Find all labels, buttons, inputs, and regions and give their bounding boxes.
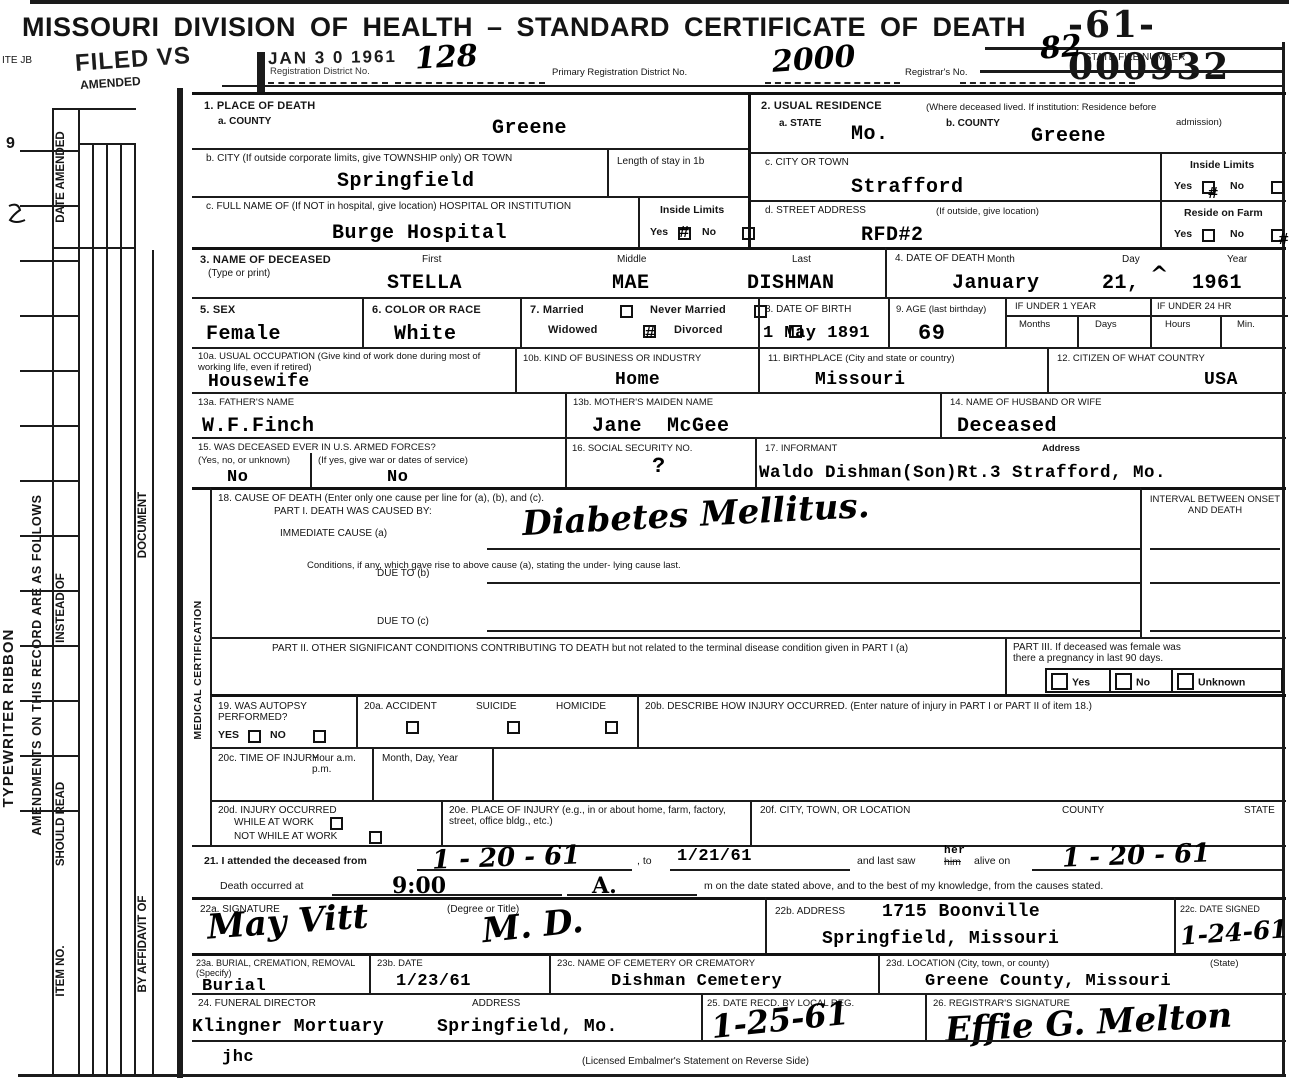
footer-row: jhc (Licensed Embalmer's Statement on Re… [192,1040,1286,1076]
divider [985,47,1285,50]
place-of-death-county-cell: 1. PLACE OF DEATH a. COUNTY Greene [192,92,748,148]
death-certificate-page: MISSOURI DIVISION OF HEALTH – STANDARD C… [0,0,1289,1080]
check-mark: # [679,224,689,243]
middle-name-label: Middle [617,254,646,265]
pregnancy-no-checkbox [1115,673,1132,690]
line [417,869,632,871]
pregnancy-unknown-checkbox [1177,673,1194,690]
race-cell: 6. COLOR OR RACE White [362,297,520,347]
injury-time-empty-cell [492,747,1286,800]
dashed-line [395,82,545,84]
place-county-label: a. COUNTY [218,116,271,127]
min-label: Min. [1237,319,1255,330]
informant-label: 17. INFORMANT [765,443,837,454]
margin-document-label: DOCUMENT [137,475,149,575]
death-day-value: 21, [1102,272,1140,295]
married-label: 7. Married [530,304,584,317]
place-inside-no-label: No [702,226,716,238]
page-title: MISSOURI DIVISION OF HEALTH – STANDARD C… [22,12,1026,43]
registration-district-value: 128 [414,38,478,76]
not-while-at-work-label: NOT WHILE AT WORK [234,831,337,842]
hours-label: Hours [1165,319,1190,330]
autopsy-no-label: NO [270,729,286,741]
not-while-at-work-checkbox [369,831,382,844]
residence-inside-limits-label: Inside Limits [1190,159,1254,171]
residence-county-value: Greene [1031,125,1106,148]
citizen-label: 12. CITIZEN OF WHAT COUNTRY [1057,353,1205,364]
informant-value: Waldo Dishman(Son)Rt.3 Strafford, Mo. [759,463,1166,483]
cause-of-death-label: 18. CAUSE OF DEATH (Enter only one cause… [218,493,544,504]
age-value: 69 [918,321,945,346]
name-title: 3. NAME OF DECEASED [200,254,331,267]
length-of-stay-cell: Length of stay in 1b [607,148,748,196]
place-of-death-title: 1. PLACE OF DEATH [204,100,315,113]
business-value: Home [615,370,660,390]
autopsy-cell: 19. WAS AUTOPSY PERFORMED? YES NO [210,694,356,747]
informant-address-label: Address [1042,443,1080,454]
divider [222,85,1285,87]
margin-amendments-label: AMENDMENTS ON THIS RECORD ARE AS FOLLOWS [30,325,44,1005]
residence-title: 2. USUAL RESIDENCE [761,100,882,113]
autopsy-no-checkbox [313,730,326,743]
days-label: Days [1095,319,1117,330]
race-label: 6. COLOR OR RACE [372,304,481,317]
date-signed-value: 1-24-61 [1179,914,1288,950]
farm-no-label: No [1230,228,1244,240]
burial-date-label: 23b. DATE [377,958,423,969]
residence-inside-limits-cell: Inside Limits Yes # No [1160,152,1286,200]
amended-stamp: AMENDED [80,74,142,92]
tick [20,370,78,372]
while-at-work-checkbox [330,817,343,830]
farm-no-checkbox: # [1271,229,1284,242]
tick [20,755,78,757]
interval-label: INTERVAL BETWEEN ONSET AND DEATH [1146,494,1284,516]
death-occurred-post-label: m on the date stated above, and to the b… [704,880,1103,892]
tick [20,810,78,812]
part2-cell: PART II. OTHER SIGNIFICANT CONDITIONS CO… [210,637,1005,694]
due-to-b-label: DUE TO (b) [377,568,429,579]
citizen-cell: 12. CITIZEN OF WHAT COUNTRY USA [1047,347,1286,392]
part1-label: PART I. DEATH WAS CAUSED BY: [274,506,432,517]
line [567,894,697,896]
physician-signature-cell: 22a. SIGNATURE (Degree or Title) May Vit… [192,897,765,953]
residence-street-label: d. STREET ADDRESS [765,205,866,216]
first-name-value: STELLA [387,272,462,295]
funeral-director-address-label: ADDRESS [472,998,520,1009]
last-saw-him-struck: him [944,856,961,868]
margin-typewriter-ribbon-label: TYPEWRITER RIBBON [0,568,17,868]
business-cell: 10b. KIND OF BUSINESS OR INDUSTRY Home [515,347,758,392]
residence-city-cell: c. CITY OR TOWN Strafford [748,152,1160,200]
father-name-label: 13a. FATHER'S NAME [198,397,294,408]
attended-cell: 21. I attended the deceased from 1 - 20 … [192,845,1286,897]
pregnancy-yes-checkbox [1051,673,1068,690]
sex-label: 5. SEX [200,304,235,317]
hospital-cell: c. FULL NAME OF (If NOT in hospital, giv… [192,196,638,247]
tick [20,315,78,317]
residence-county-label: b. COUNTY [946,118,1000,129]
widowed-checkbox: # [643,325,656,338]
place-city-cell: b. CITY (If outside corporate limits, gi… [192,148,607,196]
autopsy-yes-checkbox [248,730,261,743]
tick [20,205,78,207]
part2-label: PART II. OTHER SIGNIFICANT CONDITIONS CO… [272,643,908,654]
date-of-death-label: 4. DATE OF DEATH [895,253,985,264]
injury-city-label: 20f. CITY, TOWN, OR LOCATION [760,805,910,816]
occupation-label: 10a. USUAL OCCUPATION (Give kind of work… [198,351,515,373]
divider [92,143,94,1075]
autopsy-yes-label: YES [218,729,239,741]
death-month-value: January [952,272,1040,295]
cemetery-value: Dishman Cemetery [611,972,782,991]
armed-forces-note2: (If yes, give war or dates of service) [318,455,468,466]
divorced-label: Divorced [674,324,723,337]
occupation-cell: 10a. USUAL OCCUPATION (Give kind of work… [192,347,515,392]
age-under-one-year-cell: IF UNDER 1 YEAR IF UNDER 24 HR Months Da… [1005,297,1286,347]
divider [120,143,122,1075]
filed-stamp: FILED VS [74,42,192,78]
residence-inside-no-label: No [1230,180,1244,192]
margin-should-read-label: SHOULD READ [55,768,67,880]
tick [20,700,78,702]
spouse-cell: 14. NAME OF HUSBAND OR WIFE Deceased [940,392,1286,437]
pregnancy-yes-label: Yes [1072,677,1090,689]
divider [152,250,154,1075]
check-mark: # [645,325,655,344]
place-of-injury-label: 20e. PLACE OF INJURY (e.g., in or about … [449,805,750,827]
attended-to-value: 1/21/61 [677,847,752,866]
business-label: 10b. KIND OF BUSINESS OR INDUSTRY [523,353,701,364]
hour-ampm-label: Hour a.m. p.m. [312,753,372,775]
place-inside-yes-checkbox: # [678,227,691,240]
place-county-value: Greene [492,117,567,140]
citizen-value: USA [1204,370,1238,390]
residence-city-label: c. CITY OR TOWN [765,157,849,168]
date-of-death-cell: 4. DATE OF DEATH Month Day Year January … [885,247,1286,297]
reside-on-farm-cell: Reside on Farm Yes No # [1160,200,1286,247]
death-month-label: Month [987,254,1015,265]
birthplace-value: Missouri [815,370,905,390]
spouse-value: Deceased [957,415,1057,438]
pregnancy-yes-cell: Yes [1045,668,1111,693]
ssn-value: ? [652,454,666,479]
interval-line-c [1150,630,1280,632]
injury-at-work-cell: 20d. INJURY OCCURRED WHILE AT WORK NOT W… [210,800,441,845]
tick [20,425,78,427]
date-received-cell: 25. DATE RECD. BY LOCAL REG. 1-25-61 [701,993,925,1040]
margin-date-amended-label: DATE AMENDED [55,111,67,243]
armed-forces-cell: 15. WAS DECEASED EVER IN U.S. ARMED FORC… [192,437,565,487]
time-of-injury-label: 20c. TIME OF INJURY [218,753,319,764]
occupation-value: Housewife [208,372,310,392]
residence-title-note: (Where deceased lived. If institution: R… [926,102,1156,113]
physician-address-line1: 1715 Boonville [882,902,1040,922]
tick [20,535,78,537]
sex-value: Female [206,323,281,346]
death-day-label: Day [1122,254,1140,265]
birthplace-cell: 11. BIRTHPLACE (City and state or countr… [758,347,1047,392]
primary-registration-label: Primary Registration District No. [552,67,687,78]
accident-label: 20a. ACCIDENT [364,701,437,712]
divider [134,143,136,1075]
injury-state-label: STATE [1244,805,1275,816]
stray-mark [6,200,28,226]
place-of-injury-cell: 20e. PLACE OF INJURY (e.g., in or about … [441,800,750,845]
physician-address-cell: 22b. ADDRESS 1715 Boonville Springfield,… [765,897,1174,953]
last-name-value: DISHMAN [747,272,835,295]
dashed-line [765,82,900,84]
burial-location-state-note: (State) [1210,958,1239,969]
residence-street-note: (If outside, give location) [936,206,1039,217]
immediate-cause-label: IMMEDIATE CAUSE (a) [280,528,387,539]
burial-date-cell: 23b. DATE 1/23/61 [369,953,549,993]
divider [980,70,1285,73]
birthplace-label: 11. BIRTHPLACE (City and state or countr… [768,353,955,364]
sex-cell: 5. SEX Female [192,297,362,347]
margin-instead-of-label: INSTEAD OF [55,558,67,658]
burial-location-label: 23d. LOCATION (City, town, or county) [886,958,1049,969]
death-year-value: 1961 [1192,272,1242,295]
race-value: White [394,323,457,346]
father-name-value: W.F.Finch [202,415,315,438]
divider [52,247,136,249]
residence-inside-no-checkbox [1271,181,1284,194]
divider [52,108,136,110]
farm-yes-label: Yes [1174,228,1192,240]
how-injury-occurred-cell: 20b. DESCRIBE HOW INJURY OCCURRED. (Ente… [637,694,1286,747]
place-inside-limits-label: Inside Limits [660,204,724,216]
age-cell: 9. AGE (last birthday) 69 [888,297,1005,347]
pregnancy-unknown-label: Unknown [1198,677,1245,689]
death-year-label: Year [1227,254,1247,265]
date-signed-cell: 22c. DATE SIGNED 1-24-61 [1174,897,1286,953]
part3-label: PART III. If deceased was female was the… [1013,642,1181,664]
margin-item-no-label: ITEM NO. [55,932,67,1010]
armed-forces-value1: No [227,468,248,487]
if-under-24-hr-label: IF UNDER 24 HR [1157,301,1231,312]
injury-occurred-label: 20d. INJURY OCCURRED [218,805,337,816]
name-note: (Type or print) [208,268,270,279]
accident-checkbox [406,721,419,734]
mother-name-value: Jane McGee [592,415,730,438]
margin-nine: 9 [6,135,15,153]
place-inside-limits-cell: Inside Limits Yes # No [638,196,748,247]
funeral-director-cell: 24. FUNERAL DIRECTOR ADDRESS Klingner Mo… [192,993,701,1040]
stamp-bar [257,52,265,94]
divider [1077,315,1079,347]
widowed-label: Widowed [548,324,598,337]
margin-by-affidavit-label: BY AFFIDAVIT OF [137,880,149,1008]
cause-c-line [487,630,1142,632]
residence-inside-yes-label: Yes [1174,180,1192,192]
while-at-work-label: WHILE AT WORK [234,817,314,828]
tick [20,645,78,647]
burial-location-cell: 23d. LOCATION (City, town, or county) (S… [878,953,1286,993]
cause-b-line [487,582,1142,584]
burial-type-label: 23a. BURIAL, CREMATION, REMOVAL (Specify… [196,958,369,978]
residence-city-value: Strafford [851,176,964,199]
how-injury-occurred-label: 20b. DESCRIBE HOW INJURY OCCURRED. (Ente… [645,701,1092,712]
cause-a-line [487,548,1142,550]
tick [20,480,78,482]
first-name-label: First [422,254,441,265]
injury-county-label: COUNTY [1062,805,1104,816]
medical-certification-label: MEDICAL CERTIFICATION [192,550,204,790]
alive-on-label: alive on [974,855,1010,867]
residence-street-cell: d. STREET ADDRESS (If outside, give loca… [748,200,1160,247]
ssn-label: 16. SOCIAL SECURITY NO. [572,443,692,454]
conditions-note: Conditions, if any, which gave rise to a… [307,560,681,572]
name-of-deceased-cell: 3. NAME OF DECEASED (Type or print) Firs… [192,247,885,297]
informant-cell: 17. INFORMANT Address Waldo Dishman(Son)… [755,437,1286,487]
hospital-label: c. FULL NAME OF (If NOT in hospital, giv… [206,201,571,212]
farm-yes-checkbox [1202,229,1215,242]
registrar-no-label: Registrar's No. [905,67,968,78]
death-date-stray-mark: ^ [1150,262,1168,288]
months-label: Months [1019,319,1050,330]
burial-type-cell: 23a. BURIAL, CREMATION, REMOVAL (Specify… [192,953,369,993]
cemetery-label: 23c. NAME OF CEMETERY OR CREMATORY [557,958,755,969]
residence-inside-yes-checkbox: # [1202,181,1215,194]
divider [106,143,108,1075]
attended-to-label: , to [637,855,652,867]
divider [1150,299,1152,347]
funeral-director-value: Klingner Mortuary [192,1017,384,1037]
married-checkbox [620,305,633,318]
reside-on-farm-label: Reside on Farm [1184,207,1263,219]
physician-address-label: 22b. ADDRESS [775,906,845,917]
residence-state-value: Mo. [851,123,889,146]
place-city-label: b. CITY (If outside corporate limits, gi… [206,153,512,164]
pregnancy-no-label: No [1136,677,1150,689]
cemetery-cell: 23c. NAME OF CEMETERY OR CREMATORY Dishm… [549,953,878,993]
suicide-label: SUICIDE [476,701,517,712]
autopsy-label: 19. WAS AUTOPSY PERFORMED? [218,701,356,723]
residence-state-county-cell: 2. USUAL RESIDENCE (Where deceased lived… [748,92,1286,152]
if-under-1-year-label: IF UNDER 1 YEAR [1015,301,1096,312]
armed-forces-note1: (Yes, no, or unknown) [198,455,290,466]
divider [1007,315,1288,317]
age-label: 9. AGE (last birthday) [896,304,986,315]
burial-date-value: 1/23/61 [396,972,471,991]
accident-suicide-homicide-cell: 20a. ACCIDENT SUICIDE HOMICIDE [356,694,637,747]
armed-forces-value2: No [387,468,408,487]
filed-date-stamp: JAN 3 0 1961 [268,47,397,69]
length-of-stay-label: Length of stay in 1b [617,156,704,167]
place-city-value: Springfield [337,170,475,193]
registrar-signature-cell: 26. REGISTRAR'S SIGNATURE Effie G. Melto… [925,993,1286,1040]
interval-cell: INTERVAL BETWEEN ONSET AND DEATH [1140,487,1286,637]
father-name-cell: 13a. FATHER'S NAME W.F.Finch [192,392,565,437]
tick [20,260,78,262]
residence-title-note2: admission) [1176,117,1222,128]
homicide-checkbox [605,721,618,734]
interval-line-a [1150,548,1280,550]
spouse-label: 14. NAME OF HUSBAND OR WIFE [950,397,1102,408]
date-of-birth-value: 1 May 1891 [763,324,870,343]
date-of-birth-cell: 8. DATE OF BIRTH 1 May 1891 [758,297,888,347]
homicide-label: HOMICIDE [556,701,606,712]
state-file-number: -61-000932 [1068,4,1289,88]
suicide-checkbox [507,721,520,734]
death-occurred-label: Death occurred at [220,880,303,892]
pregnancy-unknown-cell: Unknown [1173,668,1283,693]
divider [78,108,80,1075]
mother-name-cell: 13b. MOTHER'S MAIDEN NAME Jane McGee [565,392,940,437]
burial-location-value: Greene County, Missouri [925,972,1171,991]
embalmer-note: (Licensed Embalmer's Statement on Revers… [582,1056,809,1067]
divider [310,453,312,489]
last-saw-label: and last saw [857,855,915,867]
divider [78,143,136,145]
margin-corner-text: ITE JB [2,55,32,66]
marital-status-cell: 7. Married Never Married Widowed # Divor… [520,297,758,347]
injury-date-label: Month, Day, Year [382,753,458,764]
line [670,869,850,871]
armed-forces-label: 15. WAS DECEASED EVER IN U.S. ARMED FORC… [198,442,436,453]
time-of-injury-cell: 20c. TIME OF INJURY Hour a.m. p.m. [210,747,372,800]
pregnancy-no-cell: No [1111,668,1173,693]
date-of-birth-label: 8. DATE OF BIRTH [765,304,851,315]
attended-pre-label: 21. I attended the deceased from [204,855,367,867]
ssn-cell: 16. SOCIAL SECURITY NO. ? [565,437,755,487]
funeral-director-label: 24. FUNERAL DIRECTOR [198,998,316,1009]
middle-name-value: MAE [612,272,650,295]
residence-state-label: a. STATE [779,118,821,129]
divider [1220,315,1222,347]
part3-cell: PART III. If deceased was female was the… [1005,637,1286,694]
last-name-label: Last [792,254,811,265]
physician-address-line2: Springfield, Missouri [822,929,1059,949]
place-inside-yes-label: Yes [650,226,668,238]
tick [20,590,78,592]
injury-date-cell: Month, Day, Year [372,747,492,800]
due-to-c-label: DUE TO (c) [377,616,429,627]
mother-name-label: 13b. MOTHER'S MAIDEN NAME [573,397,713,408]
line [1032,869,1282,871]
never-married-label: Never Married [650,304,726,317]
funeral-director-address-value: Springfield, Mo. [437,1017,618,1037]
interval-line-b [1150,582,1280,584]
hospital-value: Burge Hospital [332,222,507,245]
residence-street-value: RFD#2 [861,224,924,247]
tick [20,150,78,152]
cause-of-death-cell: 18. CAUSE OF DEATH (Enter only one cause… [210,487,1140,637]
dashed-line [960,82,1135,84]
dashed-line [268,82,388,84]
immediate-cause-value: Diabetes Mellitus. [521,486,870,544]
clerk-initials: jhc [222,1048,254,1067]
date-signed-label-text: 22c. DATE SIGNED [1180,904,1260,914]
registrar-no-value: 82 [1039,28,1084,67]
primary-registration-value: 2000 [771,39,857,80]
form-left-border [177,88,183,1078]
